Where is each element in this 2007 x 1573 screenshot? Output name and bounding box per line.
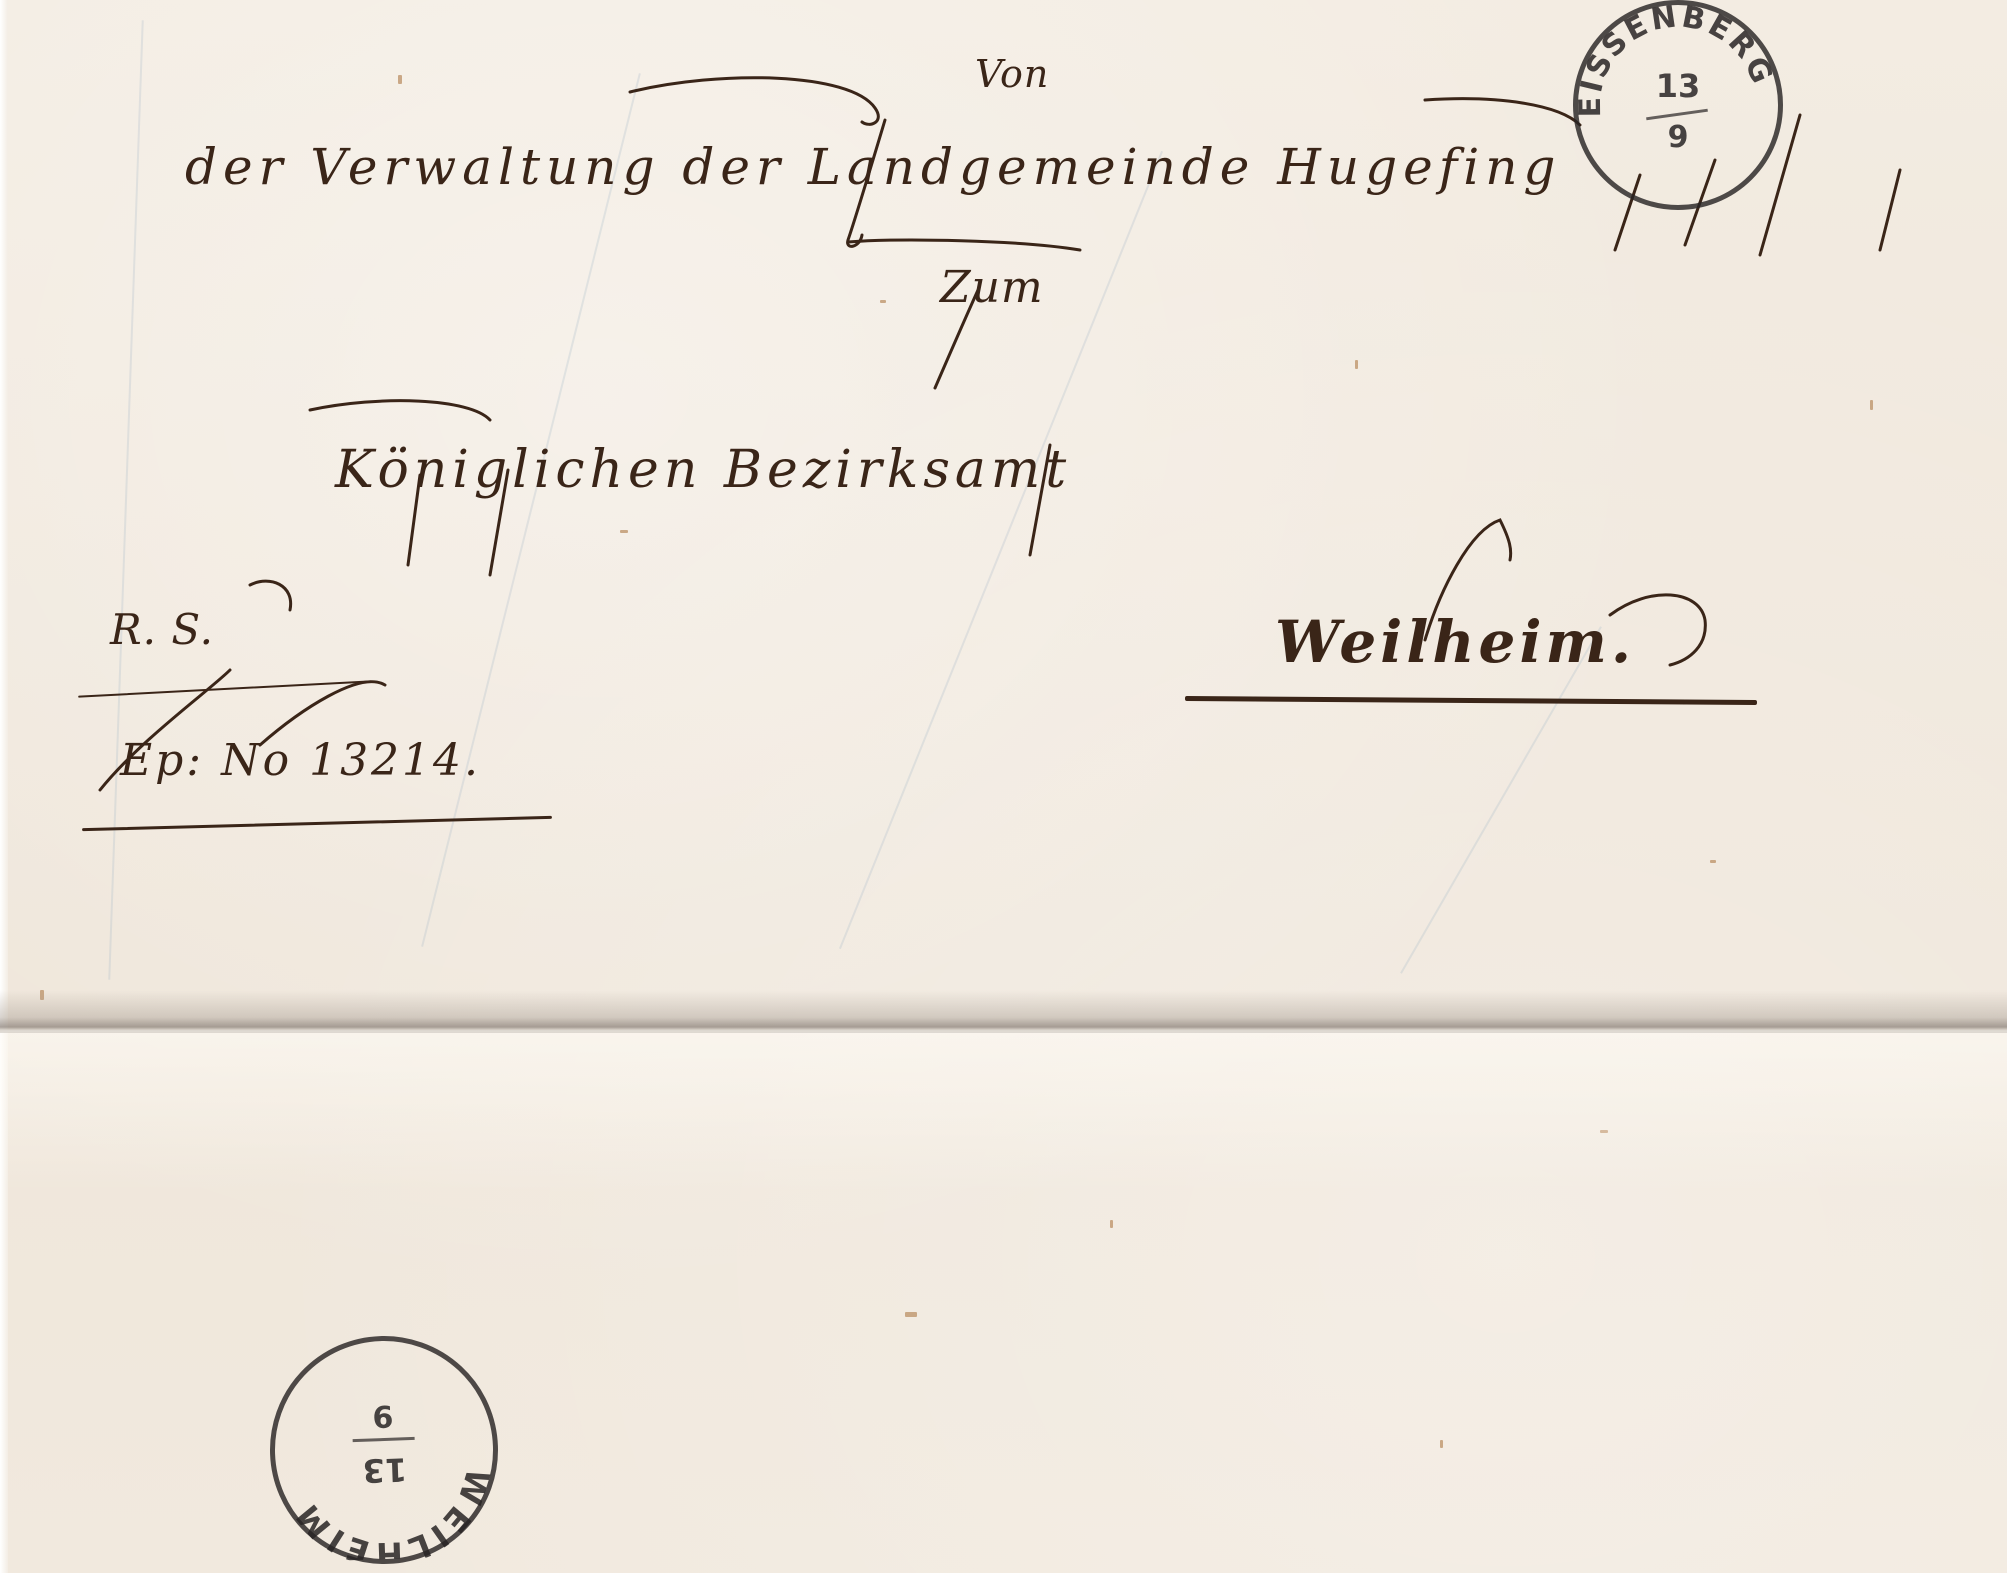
sender-line: der Verwaltung der Landgemeinde Hugefing bbox=[185, 138, 1561, 196]
postmark-day: 13 bbox=[275, 1447, 494, 1493]
postmark-month: 9 bbox=[1578, 120, 1778, 155]
to-label: Zum bbox=[940, 262, 1044, 313]
postmark-day: 13 bbox=[1578, 67, 1778, 105]
handwriting-flourishes bbox=[0, 0, 2007, 1573]
arrival-postmark: WEILHEIM 13 9 bbox=[266, 1332, 502, 1568]
reference-line-1: R. S. bbox=[110, 605, 214, 654]
departure-postmark: EISSENBERG 13 9 bbox=[1573, 0, 1783, 210]
destination-town: Weilheim. bbox=[1275, 608, 1635, 676]
from-label: Von bbox=[975, 52, 1049, 96]
recipient-line: Königlichen Bezirksamt bbox=[335, 440, 1071, 500]
postmark-town-arc: EISSENBERG bbox=[1578, 5, 1778, 205]
reference-line-2: Ep: No 13214. bbox=[120, 735, 481, 786]
